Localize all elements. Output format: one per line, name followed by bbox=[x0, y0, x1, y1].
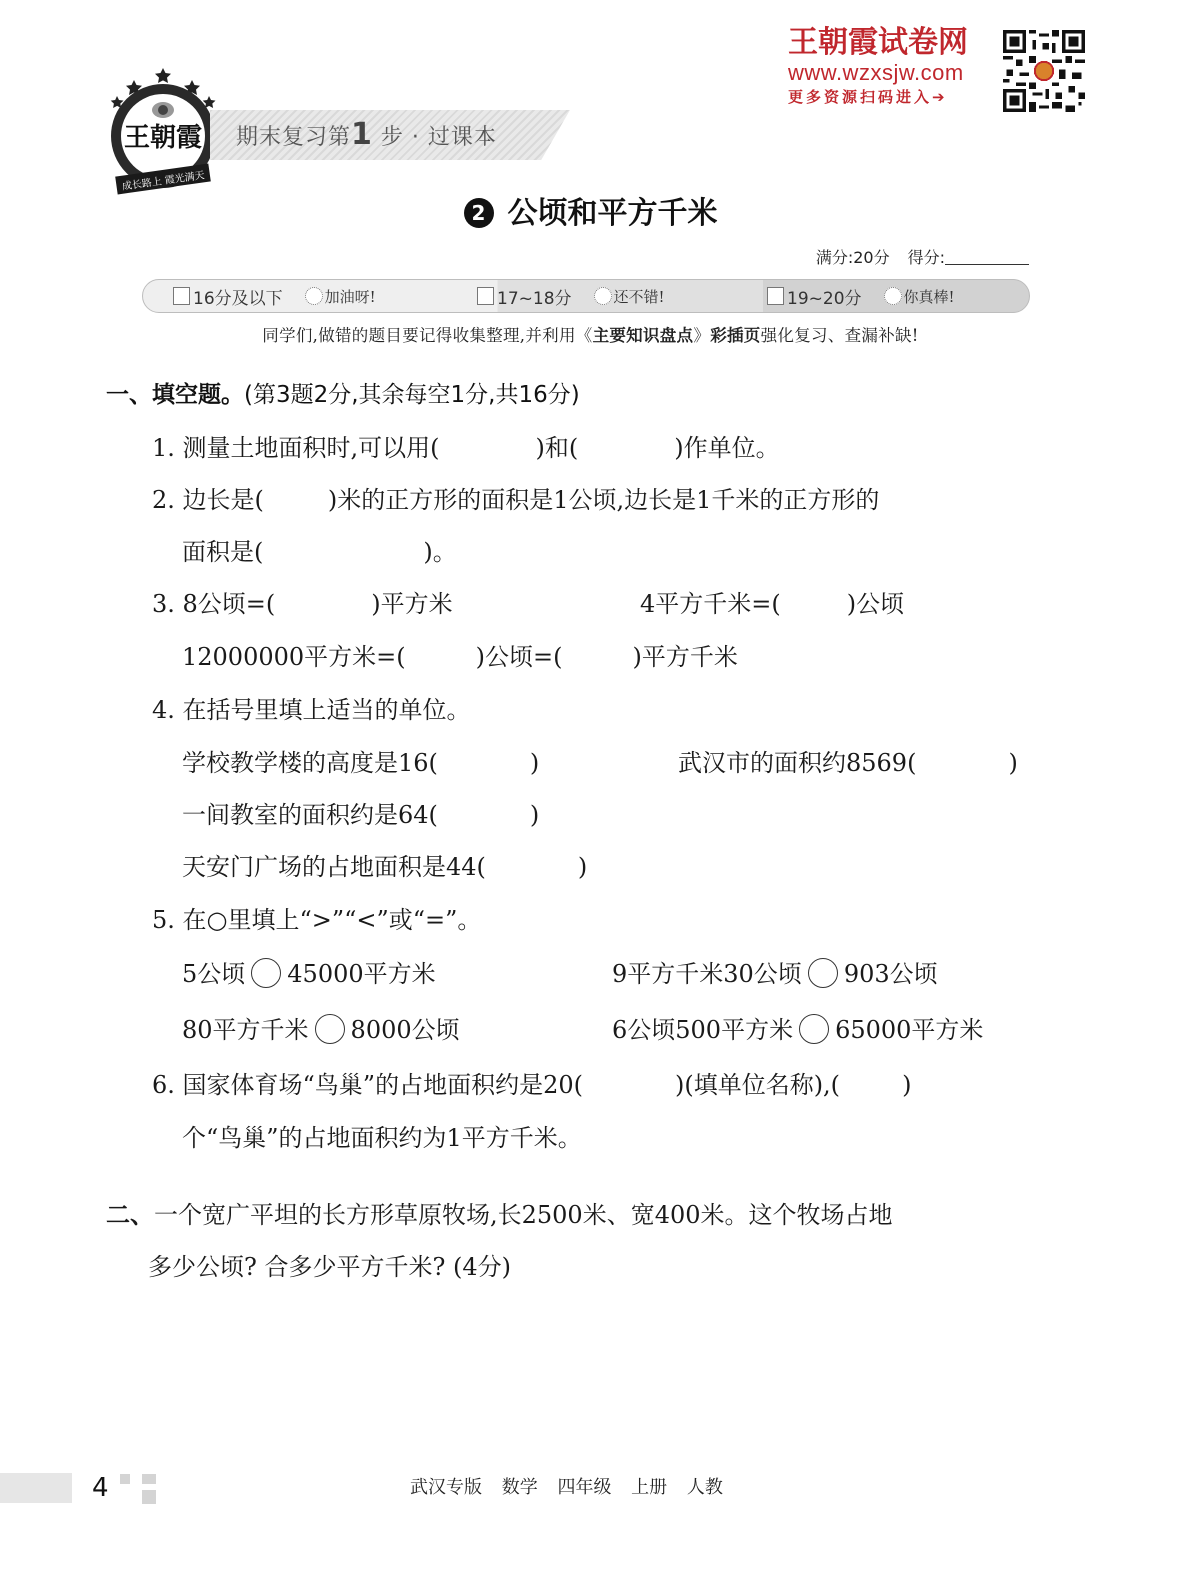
score-blank-field[interactable] bbox=[945, 247, 1029, 265]
question-text: 学校教学楼的高度是16( bbox=[182, 749, 438, 777]
face-icon bbox=[884, 287, 902, 305]
step-prefix: 期末复习第 bbox=[236, 125, 351, 150]
footer-band bbox=[0, 1473, 72, 1503]
section-2-cont: 多少公顷? 合多少平方千米? (4分) bbox=[148, 1249, 511, 1285]
rating-option-mid: 17~18分 还不错! bbox=[443, 284, 739, 309]
question-text: 4平方千米=( bbox=[640, 590, 781, 618]
question-5-item: 80平方千米8000公顷 bbox=[182, 1012, 460, 1048]
rating-checkbox[interactable] bbox=[767, 287, 784, 305]
question-text: ) bbox=[530, 801, 539, 829]
question-text: )公顷 bbox=[847, 590, 904, 618]
brand-url[interactable]: www.wzxsjw.com bbox=[788, 60, 998, 86]
compare-circle-blank[interactable] bbox=[799, 1014, 829, 1044]
question-text: )公顷=( bbox=[476, 643, 563, 671]
face-icon bbox=[594, 287, 612, 305]
question-text: )(填单位名称),( bbox=[675, 1071, 840, 1099]
lesson-number-badge: 2 bbox=[464, 198, 494, 228]
lesson-title: 2公顷和平方千米 bbox=[0, 192, 1181, 236]
question-text: 天安门广场的占地面积是44( bbox=[182, 853, 486, 881]
question-4-item: 武汉市的面积约8569() bbox=[678, 745, 1018, 781]
face-icon bbox=[305, 287, 323, 305]
question-text: 2. 边长是( bbox=[152, 486, 264, 514]
question-5-item: 5公顷45000平方米 bbox=[182, 956, 436, 992]
compare-circle-blank[interactable] bbox=[808, 958, 838, 988]
question-4-item: 天安门广场的占地面积是44() bbox=[182, 849, 587, 885]
question-text: ) bbox=[902, 1071, 911, 1099]
question-4-item: 一间教室的面积约是64() bbox=[182, 797, 539, 833]
full-score-label: 满分:20分 bbox=[816, 248, 890, 267]
question-5-item: 9平方千米30公顷903公顷 bbox=[612, 956, 938, 992]
compare-circle-blank[interactable] bbox=[251, 958, 281, 988]
page-number: 4 bbox=[92, 1471, 109, 1505]
rating-range: 19~20分 bbox=[787, 284, 862, 309]
question-text: 6. 国家体育场“鸟巢”的占地面积约是20( bbox=[152, 1071, 583, 1099]
question-text: )米的正方形的面积是1公顷,边长是1千米的正方形的 bbox=[328, 486, 880, 514]
question-2-cont: 面积是()。 bbox=[182, 534, 457, 570]
question-text: )平方米 bbox=[371, 590, 452, 618]
compare-left: 6公顷500平方米 bbox=[612, 1016, 793, 1044]
reminder-text: 》 bbox=[693, 326, 710, 345]
svg-text:王朝霞: 王朝霞 bbox=[124, 123, 202, 153]
question-text: ) bbox=[578, 853, 587, 881]
rating-checkbox[interactable] bbox=[173, 287, 190, 305]
question-text: 1. 测量土地面积时,可以用( bbox=[152, 434, 440, 462]
compare-left: 9平方千米30公顷 bbox=[612, 960, 802, 988]
rating-range: 16分及以下 bbox=[193, 284, 283, 309]
brand-cta: 更多资源扫码进入➔ bbox=[788, 86, 998, 108]
question-5-stem: 5. 在○里填上“>”“<”或“=”。 bbox=[152, 902, 481, 938]
brand-block: 王朝霞试卷网 www.wzxsjw.com 更多资源扫码进入➔ bbox=[788, 26, 998, 108]
rating-checkbox[interactable] bbox=[477, 287, 494, 305]
reminder-text: 同学们,做错的题目要记得收集整理,并利用《 bbox=[262, 326, 592, 345]
question-text: )和( bbox=[536, 434, 579, 462]
rating-comment: 加油呀! bbox=[325, 286, 376, 307]
question-text: ) bbox=[530, 749, 539, 777]
question-text: )平方千米 bbox=[632, 643, 737, 671]
question-text: ) bbox=[1008, 749, 1017, 777]
rating-comment: 还不错! bbox=[614, 286, 665, 307]
book-meta: 武汉专版 数学 四年级 上册 人教 bbox=[410, 1474, 723, 1502]
got-score-label: 得分: bbox=[908, 248, 945, 267]
compare-left: 5公顷 bbox=[182, 960, 245, 988]
lesson-title-text: 公顷和平方千米 bbox=[508, 196, 718, 231]
reminder-text: 强化复习、查漏补缺! bbox=[761, 326, 919, 345]
question-6: 6. 国家体育场“鸟巢”的占地面积约是20()(填单位名称),() bbox=[152, 1067, 911, 1103]
question-text: 一间教室的面积约是64( bbox=[182, 801, 438, 829]
rating-option-low: 16分及以下 加油呀! bbox=[143, 284, 443, 309]
section-heading-text: 二、 bbox=[106, 1201, 154, 1229]
section-2-heading: 二、一个宽广平坦的长方形草原牧场,长2500米、宽400米。这个牧场占地 bbox=[106, 1197, 893, 1233]
compare-right: 65000平方米 bbox=[835, 1016, 983, 1044]
section-score-note: (第3题2分,其余每空1分,共16分) bbox=[244, 382, 580, 408]
question-3c: 12000000平方米=()公顷=()平方千米 bbox=[182, 639, 738, 675]
brand-title: 王朝霞试卷网 bbox=[788, 26, 998, 60]
section-heading-text: 一、填空题。 bbox=[106, 382, 244, 408]
publisher-logo: 王朝霞 成长路上 霞光满天 bbox=[104, 66, 222, 196]
compare-right: 45000平方米 bbox=[287, 960, 435, 988]
question-text: 武汉市的面积约8569( bbox=[678, 749, 916, 777]
question-text: 面积是( bbox=[182, 538, 263, 566]
compare-right: 903公顷 bbox=[844, 960, 938, 988]
rating-range: 17~18分 bbox=[497, 284, 572, 309]
compare-circle-blank[interactable] bbox=[315, 1014, 345, 1044]
question-text: )。 bbox=[423, 538, 456, 566]
question-text: )作单位。 bbox=[674, 434, 779, 462]
question-1: 1. 测量土地面积时,可以用()和()作单位。 bbox=[152, 430, 780, 466]
self-rating-bar: 16分及以下 加油呀! 17~18分 还不错! 19~20分 你真棒! bbox=[142, 279, 1030, 313]
question-4-item: 学校教学楼的高度是16() bbox=[182, 745, 539, 781]
compare-left: 80平方千米 bbox=[182, 1016, 309, 1044]
question-text: 3. 8公顷=( bbox=[152, 590, 275, 618]
question-5-item: 6公顷500平方米65000平方米 bbox=[612, 1012, 983, 1048]
question-3b: 4平方千米=()公顷 bbox=[640, 586, 904, 622]
question-3: 3. 8公顷=()平方米 bbox=[152, 586, 453, 622]
qr-code-icon[interactable] bbox=[1003, 30, 1085, 112]
step-number: 1 bbox=[351, 117, 373, 152]
step-banner-text: 期末复习第1 步 · 过课本 bbox=[236, 117, 497, 156]
question-2: 2. 边长是()米的正方形的面积是1公顷,边长是1千米的正方形的 bbox=[152, 482, 879, 518]
section-1-heading: 一、填空题。(第3题2分,其余每空1分,共16分) bbox=[106, 377, 580, 413]
step-suffix: 步 · 过课本 bbox=[381, 125, 497, 150]
question-text: 12000000平方米=( bbox=[182, 643, 406, 671]
footer-decoration bbox=[120, 1474, 160, 1506]
question-4-stem: 4. 在括号里填上适当的单位。 bbox=[152, 692, 471, 728]
rating-option-high: 19~20分 你真棒! bbox=[739, 284, 1029, 309]
score-line: 满分:20分得分: bbox=[816, 246, 1029, 270]
compare-right: 8000公顷 bbox=[351, 1016, 460, 1044]
question-6-cont: 个“鸟巢”的占地面积约为1平方千米。 bbox=[182, 1120, 582, 1156]
rating-comment: 你真棒! bbox=[904, 286, 955, 307]
reminder-bold: 主要知识盘点 bbox=[593, 326, 694, 345]
reminder-bold: 彩插页 bbox=[710, 326, 760, 345]
question-text: 一个宽广平坦的长方形草原牧场,长2500米、宽400米。这个牧场占地 bbox=[154, 1201, 893, 1229]
study-reminder: 同学们,做错的题目要记得收集整理,并利用《主要知识盘点》彩插页强化复习、查漏补缺… bbox=[0, 323, 1181, 349]
